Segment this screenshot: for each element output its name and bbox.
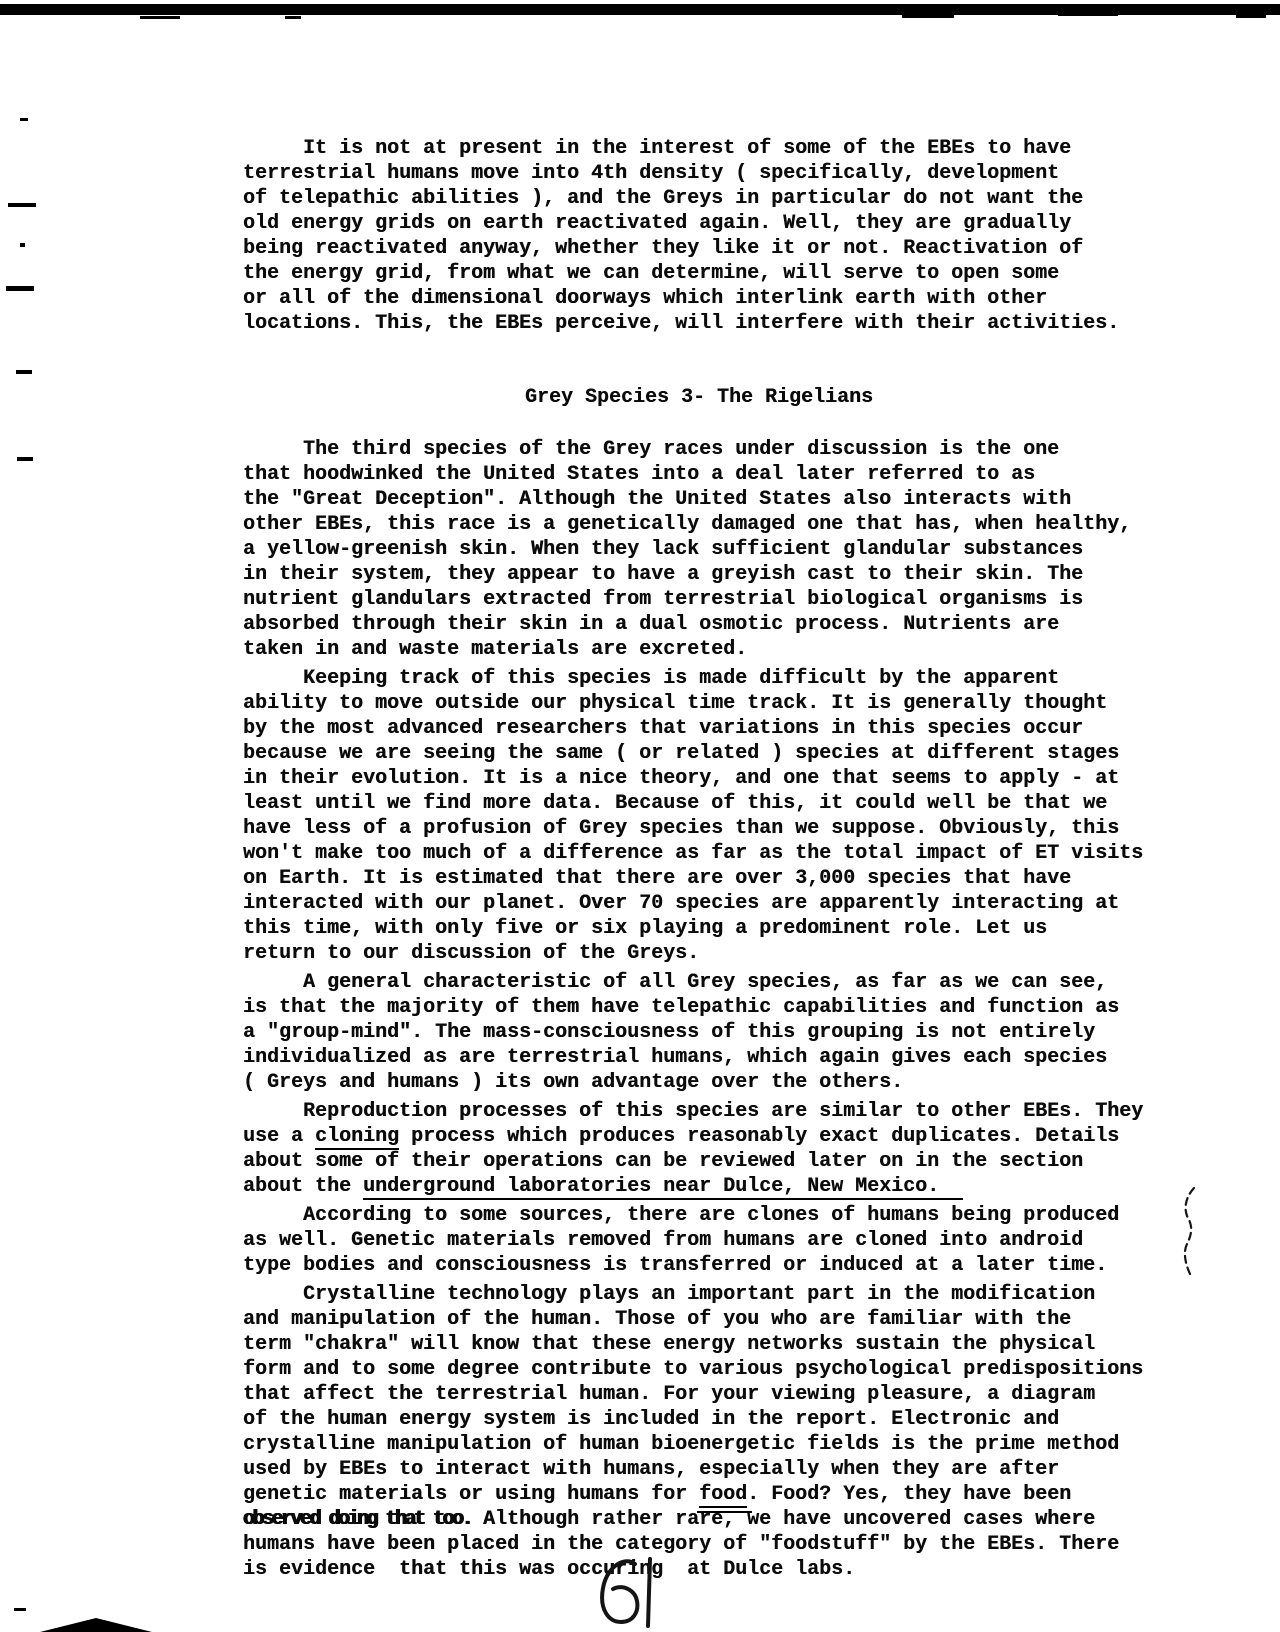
document-line: that hoodwinked the United States into a… (243, 462, 1155, 487)
document-line: Reproduction processes of this species a… (243, 1099, 1155, 1124)
paragraph-time-track: Keeping track of this species is made di… (243, 666, 1155, 966)
text-segment: because we are seeing the same ( or rela… (243, 742, 1119, 765)
document-line: form and to some degree contribute to va… (243, 1357, 1155, 1382)
text-segment: a yellow-greenish skin. When they lack s… (243, 538, 1083, 561)
scan-speck (902, 15, 954, 18)
paragraph-reproduction: Reproduction processes of this species a… (243, 1099, 1155, 1199)
document-line: terrestrial humans move into 4th density… (243, 161, 1155, 186)
document-line: ( Greys and humans ) its own advantage o… (243, 1070, 1155, 1095)
text-segment: term "chakra" will know that these energ… (243, 1333, 1095, 1356)
text-segment: other EBEs, this race is a genetically d… (243, 513, 1131, 536)
document-line: of telepathic abilities ), and the Greys… (243, 186, 1155, 211)
document-line: because we are seeing the same ( or rela… (243, 741, 1155, 766)
paragraph-crystalline-technology: Crystalline technology plays an importan… (243, 1282, 1155, 1582)
document-line: being reactivated anyway, whether they l… (243, 236, 1155, 261)
document-line: type bodies and consciousness is transfe… (243, 1253, 1155, 1278)
text-segment: A general characteristic of all Grey spe… (243, 971, 1107, 994)
text-segment: the "Great Deception". Although the Unit… (243, 488, 1071, 511)
text-segment: interacted with our planet. Over 70 spec… (243, 892, 1119, 915)
text-segment: being reactivated anyway, whether they l… (243, 237, 1083, 260)
document-line: interacted with our planet. Over 70 spec… (243, 891, 1155, 916)
text-segment: that hoodwinked the United States into a… (243, 463, 1035, 486)
text-segment: by the most advanced researchers that va… (243, 717, 1083, 740)
text-segment: about the (243, 1175, 363, 1198)
paragraph-group-mind: A general characteristic of all Grey spe… (243, 970, 1155, 1095)
scan-speck (14, 1608, 26, 1611)
text-segment: used by EBEs to interact with humans, es… (243, 1458, 1059, 1481)
document-line: on Earth. It is estimated that there are… (243, 866, 1155, 891)
scan-speck (16, 370, 32, 374)
document-line: other EBEs, this race is a genetically d… (243, 512, 1155, 537)
paragraph-human-clones: According to some sources, there are clo… (243, 1203, 1155, 1278)
document-line: Keeping track of this species is made di… (243, 666, 1155, 691)
text-segment: individualized as are terrestrial humans… (243, 1046, 1107, 1069)
text-segment: of the human energy system is included i… (243, 1408, 1059, 1431)
scan-speck (20, 243, 25, 247)
section-heading: Grey Species 3- The Rigelians (243, 385, 1155, 410)
text-segment: underground laboratories near Dulce, New… (363, 1175, 963, 1200)
document-line: It is not at present in the interest of … (243, 136, 1155, 161)
scan-speck (285, 16, 301, 19)
text-segment: type bodies and consciousness is transfe… (243, 1254, 1107, 1277)
text-segment: terrestrial humans move into 4th density… (243, 162, 1059, 185)
text-segment: is that the majority of them have telepa… (243, 996, 1119, 1019)
text-segment: absorbed through their skin in a dual os… (243, 613, 1059, 636)
document-line: and manipulation of the human. Those of … (243, 1307, 1155, 1332)
text-segment: ability to move outside our physical tim… (243, 692, 1107, 715)
text-segment: Crystalline technology plays an importan… (243, 1283, 1095, 1306)
paragraph-ebe-interest: It is not at present in the interest of … (243, 136, 1155, 336)
document-line: is evidence that this was occuring at Du… (243, 1557, 1155, 1582)
scan-speck (140, 16, 180, 19)
document-line: have less of a profusion of Grey species… (243, 816, 1155, 841)
text-segment: cloning (315, 1125, 399, 1150)
text-segment: of telepathic abilities ), and the Greys… (243, 187, 1083, 210)
text-segment: a "group-mind". The mass-consciousness o… (243, 1021, 1095, 1044)
text-segment: as well. Genetic materials removed from … (243, 1229, 1083, 1252)
text-segment: form and to some degree contribute to va… (243, 1358, 1143, 1381)
text-segment: that affect the terrestrial human. For y… (243, 1383, 1095, 1406)
text-segment: have less of a profusion of Grey species… (243, 817, 1119, 840)
text-segment: ( Greys and humans ) its own advantage o… (243, 1071, 903, 1094)
document-line: the energy grid, from what we can determ… (243, 261, 1155, 286)
text-segment: this time, with only five or six playing… (243, 917, 1047, 940)
document-line: individualized as are terrestrial humans… (243, 1045, 1155, 1070)
scan-speck (8, 203, 36, 207)
document-line: least until we find more data. Because o… (243, 791, 1155, 816)
document-line: about some of their operations can be re… (243, 1149, 1155, 1174)
document-body: It is not at present in the interest of … (243, 136, 1155, 1586)
text-segment: won't make too much of a difference as f… (243, 842, 1143, 865)
text-segment: Reproduction processes of this species a… (243, 1100, 1143, 1123)
document-line: a yellow-greenish skin. When they lack s… (243, 537, 1155, 562)
document-line: Crystalline technology plays an importan… (243, 1282, 1155, 1307)
document-line: return to our discussion of the Greys. (243, 941, 1155, 966)
document-line: use a cloning process which produces rea… (243, 1124, 1155, 1149)
text-segment: locations. This, the EBEs perceive, will… (243, 312, 1119, 335)
document-line: The third species of the Grey races unde… (243, 437, 1155, 462)
text-segment: nutrient glandulars extracted from terre… (243, 588, 1083, 611)
scan-speck (1236, 15, 1266, 18)
text-segment: the energy grid, from what we can determ… (243, 262, 1059, 285)
text-segment: use a (243, 1125, 315, 1148)
text-segment: Keeping track of this species is made di… (243, 667, 1059, 690)
document-line: in their system, they appear to have a g… (243, 562, 1155, 587)
document-line: a "group-mind". The mass-consciousness o… (243, 1020, 1155, 1045)
text-segment: taken in and waste materials are excrete… (243, 638, 747, 661)
text-segment: about some of their operations can be re… (243, 1150, 1083, 1173)
document-line: in their evolution. It is a nice theory,… (243, 766, 1155, 791)
document-line: humans have been placed in the category … (243, 1532, 1155, 1557)
document-line: is that the majority of them have telepa… (243, 995, 1155, 1020)
text-segment: or all of the dimensional doorways which… (243, 287, 1047, 310)
text-segment: process which produces reasonably exact … (399, 1125, 1119, 1148)
text-segment: is evidence that this was occuring at Du… (243, 1558, 855, 1581)
document-line: nutrient glandulars extracted from terre… (243, 587, 1155, 612)
document-line: old energy grids on earth reactivated ag… (243, 211, 1155, 236)
text-segment: Grey Species 3- The Rigelians (525, 386, 873, 409)
text-segment: food (699, 1483, 747, 1508)
scan-speck (6, 286, 34, 291)
document-line: absorbed through their skin in a dual os… (243, 612, 1155, 637)
document-line: the "Great Deception". Although the Unit… (243, 487, 1155, 512)
text-segment: crystalline manipulation of human bioene… (243, 1433, 1119, 1456)
document-line: or all of the dimensional doorways which… (243, 286, 1155, 311)
text-segment: return to our discussion of the Greys. (243, 942, 699, 965)
document-line: term "chakra" will know that these energ… (243, 1332, 1155, 1357)
text-segment: The third species of the Grey races unde… (243, 438, 1059, 461)
document-line: locations. This, the EBEs perceive, will… (243, 311, 1155, 336)
text-segment: and manipulation of the human. Those of … (243, 1308, 1071, 1331)
text-segment: It is not at present in the interest of … (243, 137, 1071, 160)
text-segment: in their evolution. It is a nice theory,… (243, 767, 1119, 790)
text-segment: old energy grids on earth reactivated ag… (243, 212, 1071, 235)
document-line: about the underground laboratories near … (243, 1174, 1155, 1199)
document-line: Grey Species 3- The Rigelians (243, 385, 1155, 410)
text-segment: . Food? Yes, they have been (747, 1483, 1071, 1506)
text-segment: least until we find more data. Because o… (243, 792, 1107, 815)
document-line: this time, with only five or six playing… (243, 916, 1155, 941)
document-line: A general characteristic of all Grey spe… (243, 970, 1155, 995)
document-line: genetic materials or using humans for fo… (243, 1482, 1155, 1507)
scan-speck (20, 118, 28, 121)
scan-speck (1058, 14, 1118, 16)
text-segment: humans have been placed in the category … (243, 1533, 1119, 1556)
document-line: that affect the terrestrial human. For y… (243, 1382, 1155, 1407)
text-segment: genetic materials or using humans for (243, 1483, 699, 1506)
text-segment: on Earth. It is estimated that there are… (243, 867, 1071, 890)
document-line: observed doing that too. Although rather… (243, 1507, 1155, 1532)
document-line: crystalline manipulation of human bioene… (243, 1432, 1155, 1457)
document-line: of the human energy system is included i… (243, 1407, 1155, 1432)
handwritten-margin-brace (1180, 1186, 1206, 1287)
document-line: ability to move outside our physical tim… (243, 691, 1155, 716)
document-line: According to some sources, there are clo… (243, 1203, 1155, 1228)
paragraph-rigelians-intro: The third species of the Grey races unde… (243, 437, 1155, 662)
text-segment: in their system, they appear to have a g… (243, 563, 1083, 586)
document-line: by the most advanced researchers that va… (243, 716, 1155, 741)
scan-speck (17, 457, 33, 461)
document-line: taken in and waste materials are excrete… (243, 637, 1155, 662)
handwritten-page-number (595, 1556, 661, 1632)
document-line: won't make too much of a difference as f… (243, 841, 1155, 866)
document-line: used by EBEs to interact with humans, es… (243, 1457, 1155, 1482)
text-segment: Although rather rare, we have uncovered … (471, 1508, 1095, 1531)
scan-artifact-corner-triangle (40, 1618, 152, 1632)
document-line: as well. Genetic materials removed from … (243, 1228, 1155, 1253)
text-segment: observed doing that too. (243, 1508, 471, 1531)
text-segment: According to some sources, there are clo… (243, 1204, 1119, 1227)
